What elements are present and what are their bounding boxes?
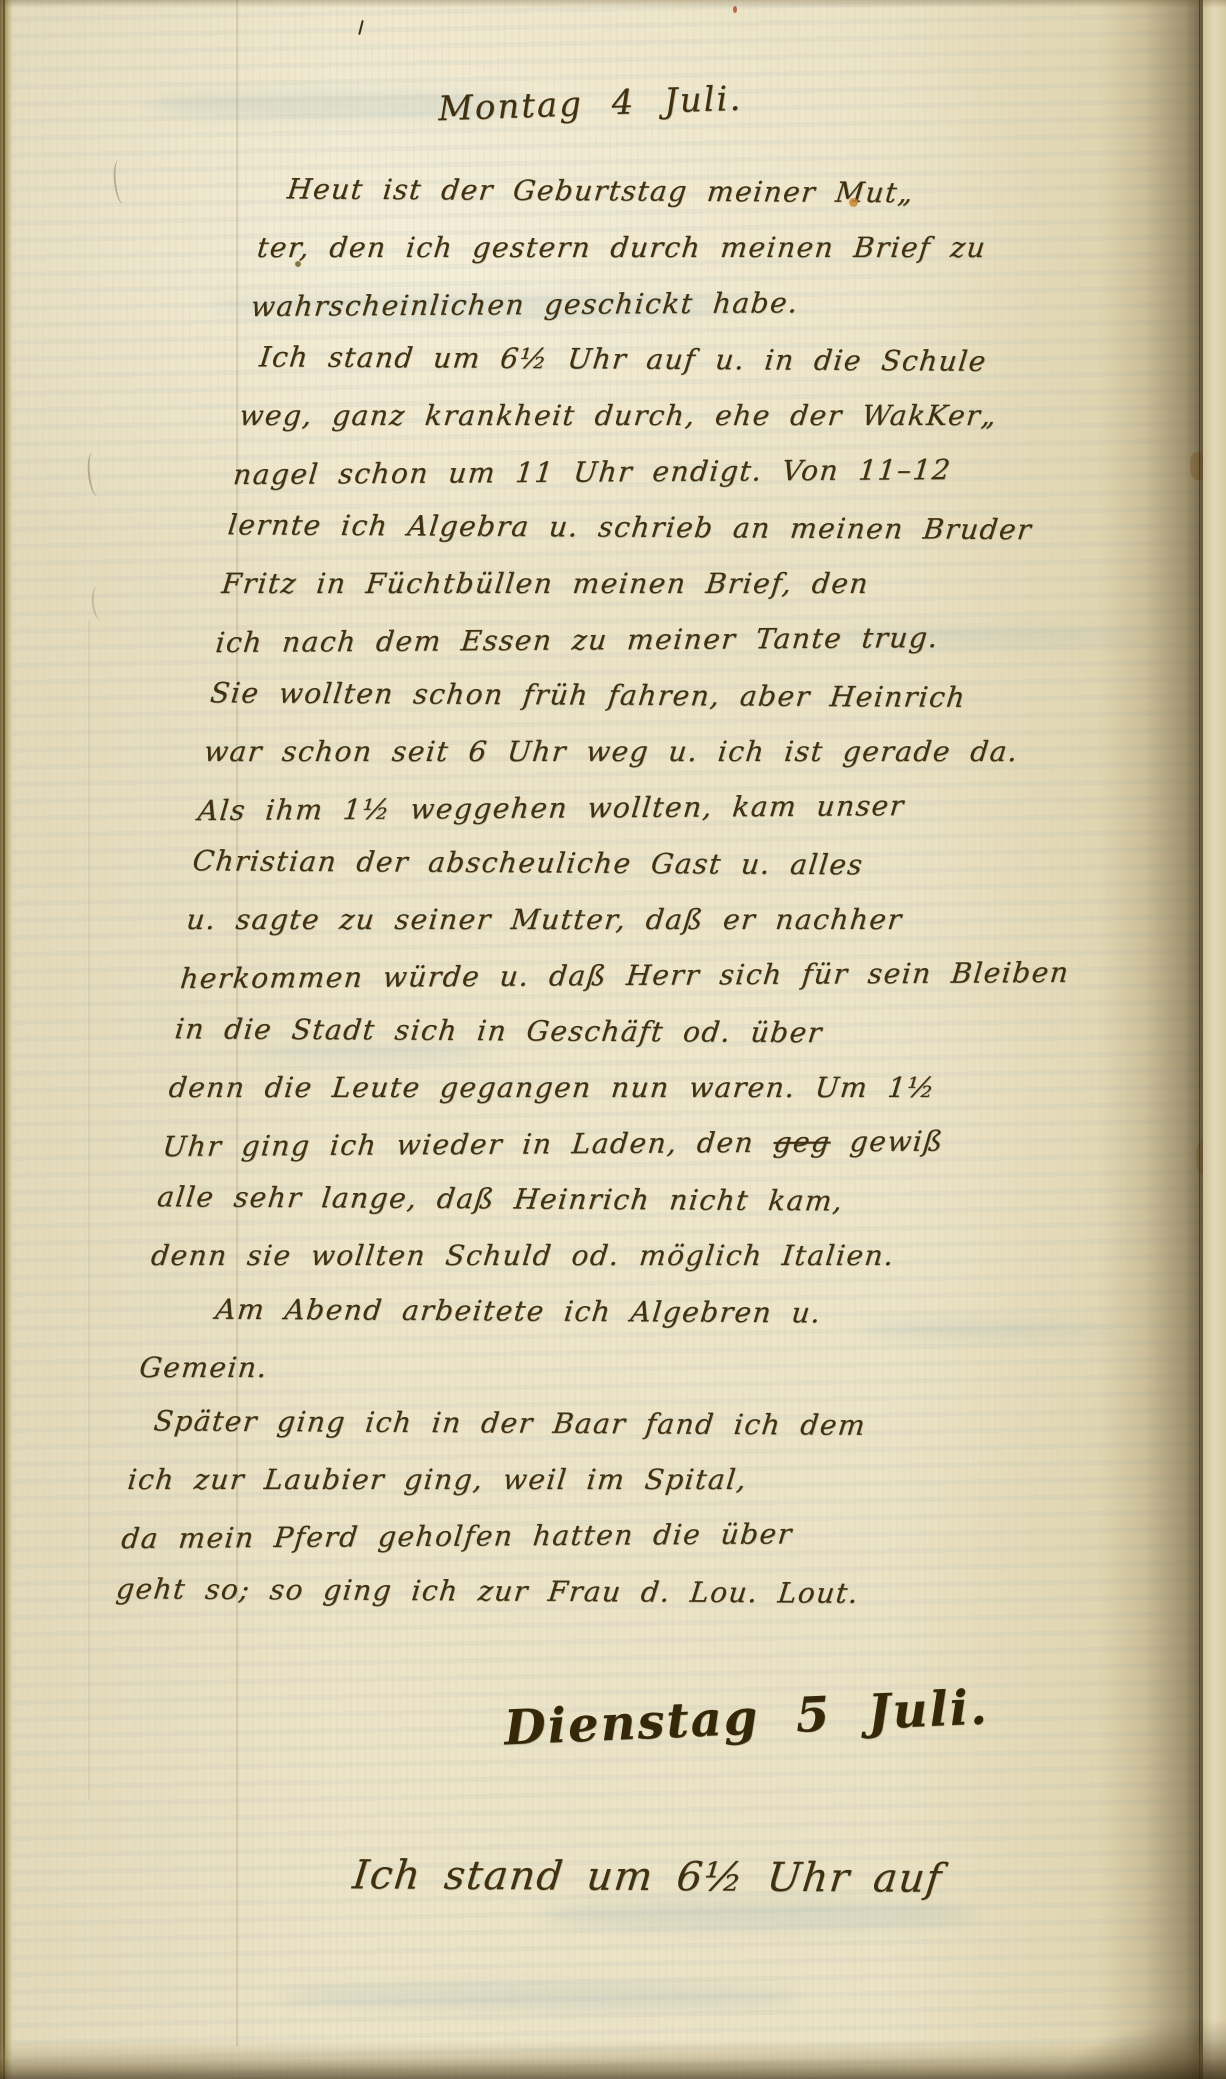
hw-text: geht so; so ging ich zur Frau d. Lou. Lo…: [114, 1572, 861, 1610]
hw-text: ich zur Laubier ging, weil im Spital,: [126, 1463, 749, 1496]
paper-stain: [295, 261, 301, 267]
hw-text: Christian der abscheuliche Gast u. alles: [191, 844, 865, 881]
handwriting-line: herkommen würde u. daß Herr sich für sei…: [178, 945, 1073, 1007]
handwriting-line: ich nach dem Essen zu meiner Tante trug.: [213, 609, 1108, 671]
handwriting-line: ter, den ich gestern durch meinen Brief …: [254, 220, 1148, 276]
handwriting-line: denn die Leute gegangen nun waren. Um 1½: [166, 1060, 1060, 1116]
entry-body: Heut ist der Geburtstag meiner Mut„ter, …: [113, 164, 1154, 1620]
handwriting-line: Später ging ich in der Baar fand ich dem: [131, 1393, 1025, 1454]
paper-stain: [849, 198, 858, 207]
margin-crescent-mark: [86, 451, 105, 496]
hw-text: Fritz in Füchtbüllen meinen Brief, den: [220, 567, 871, 600]
left-page-edge: [0, 0, 13, 2079]
hw-text: nagel schon um 11 Uhr endigt. Von 11–12: [232, 453, 953, 491]
handwriting-line: Heut ist der Geburtstag meiner Mut„: [260, 161, 1154, 222]
handwriting-line: denn sie wollten Schuld od. möglich Ital…: [148, 1228, 1042, 1284]
paragraph: Ich stand um 6½ Uhr auf u. in die Schule…: [148, 332, 1137, 1284]
hw-text: denn sie wollten Schuld od. möglich Ital…: [150, 1239, 897, 1272]
handwriting-line: alle sehr lange, daß Heinrich nicht kam,: [154, 1169, 1048, 1230]
handwriting-line: Uhr ging ich wieder in Laden, den geg ge…: [160, 1113, 1055, 1175]
margin-crescent-mark: [112, 159, 131, 204]
hw-text: wahrscheinlichen geschickt habe.: [249, 286, 800, 323]
hw-text: ich nach dem Essen zu meiner Tante trug.: [214, 621, 940, 659]
left-page-edge-line: [3, 0, 5, 2079]
handwriting-line: nagel schon um 11 Uhr endigt. Von 11–12: [231, 441, 1126, 503]
hw-text: Heut ist der Geburtstag meiner Mut„: [286, 172, 916, 209]
hw-text: denn die Leute gegangen nun waren. Um 1½: [167, 1071, 937, 1104]
ink-bleedthrough-smudge: [280, 1984, 800, 2010]
stray-ink-mark: [358, 20, 364, 35]
handwriting-line: geht so; so ging ich zur Frau d. Lou. Lo…: [113, 1561, 1007, 1622]
hw-text: Später ging ich in der Baar fand ich dem: [152, 1404, 868, 1441]
hw-text: lernte ich Algebra u. schrieb an meinen …: [226, 508, 1034, 546]
hw-text: war schon seit 6 Uhr weg u. ich ist gera…: [203, 735, 1021, 768]
entry-date-heading: Montag 4 Juli.: [437, 79, 742, 130]
hw-text: herkommen würde u. daß Herr sich für sei…: [179, 956, 1071, 995]
hw-text: weg, ganz krankheit durch, ehe der WakKe…: [238, 399, 999, 432]
handwriting-line: Am Abend arbeitete ich Algebren u.: [143, 1281, 1037, 1342]
book-scan: Montag 4 Juli.Heut ist der Geburtstag me…: [0, 0, 1226, 2079]
book-gutter-shadow: [1098, 0, 1200, 2079]
hw-text: Ich stand um 6½ Uhr auf: [350, 1852, 945, 1902]
paragraph: Ich stand um 6½ Uhr auf: [349, 1846, 945, 1908]
handwriting-line: u. sagte zu seiner Mutter, daß er nachhe…: [184, 892, 1078, 948]
paper-crease-line: [88, 620, 90, 1800]
hw-text: gewiß: [829, 1125, 945, 1159]
hw-text: Gemein.: [138, 1351, 270, 1384]
bottom-page-edge: [0, 2040, 1226, 2079]
handwriting-line: ich zur Laubier ging, weil im Spital,: [125, 1452, 1019, 1508]
hw-text: Am Abend arbeitete ich Algebren u.: [214, 1293, 824, 1330]
entry-date-heading: Dienstag 5 Juli.: [503, 1679, 990, 1756]
handwriting-line: lernte ich Algebra u. schrieb an meinen …: [225, 497, 1119, 558]
paragraph: Heut ist der Geburtstag meiner Mut„ter, …: [248, 164, 1154, 332]
handwriting-line: weg, ganz krankheit durch, ehe der WakKe…: [237, 388, 1131, 444]
hw-text: Uhr ging ich wieder in Laden, den: [161, 1126, 775, 1163]
handwriting-line: Als ihm 1½ weggehen wollten, kam unser: [195, 777, 1090, 839]
bottom-corner-shadow: [1060, 2018, 1226, 2079]
hw-text: Als ihm 1½ weggehen wollten, kam unser: [196, 789, 906, 827]
handwriting-line: Fritz in Füchtbüllen meinen Brief, den: [219, 556, 1113, 612]
handwriting-line: da mein Pferd geholfen hatten die über: [119, 1505, 1014, 1567]
paragraph: Später ging ich in der Baar fand ich dem…: [113, 1396, 1025, 1620]
handwriting-line: war schon seit 6 Uhr weg u. ich ist gera…: [201, 724, 1095, 780]
handwriting-line: in die Stadt sich in Geschäft od. über: [172, 1001, 1066, 1062]
hw-text: alle sehr lange, daß Heinrich nicht kam,: [156, 1180, 846, 1217]
hw-text: Sie wollten schon früh fahren, aber Hein…: [209, 676, 968, 714]
handwriting-line: Christian der abscheuliche Gast u. alles: [190, 833, 1084, 894]
hw-text: da mein Pferd geholfen hatten die über: [120, 1517, 794, 1555]
margin-crescent-mark: [90, 585, 107, 620]
hw-text: Ich stand um 6½ Uhr auf u. in die Schule: [258, 340, 989, 377]
handwriting-line: Ich stand um 6½ Uhr auf u. in die Schule: [243, 329, 1137, 390]
adjacent-page-edge: [1203, 0, 1226, 2079]
hw-text: u. sagte zu seiner Mutter, daß er nachhe…: [185, 903, 904, 936]
handwriting-line: Ich stand um 6½ Uhr auf: [349, 1844, 945, 1910]
handwriting-line: Gemein.: [137, 1340, 1031, 1396]
hw-text: ter, den ich gestern durch meinen Brief …: [255, 231, 988, 264]
handwriting-line: wahrscheinlichen geschickt habe.: [248, 273, 1143, 335]
struck-word: geg: [772, 1125, 832, 1158]
handwriting-line: Sie wollten schon früh fahren, aber Hein…: [207, 665, 1101, 726]
paragraph: Am Abend arbeitete ich Algebren u.Gemein…: [137, 1284, 1037, 1396]
top-page-edge: [0, 0, 1226, 8]
hw-text: in die Stadt sich in Geschäft od. über: [173, 1012, 824, 1049]
entry-body: Ich stand um 6½ Uhr auf: [349, 1846, 945, 1908]
